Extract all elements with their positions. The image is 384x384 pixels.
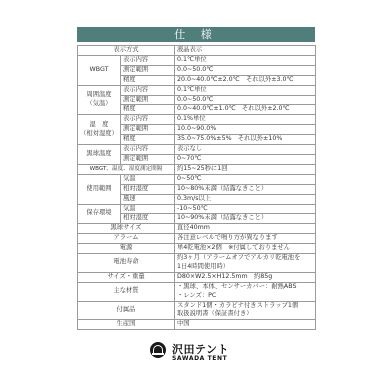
- sub-label: 気温: [121, 174, 175, 184]
- group-label-wbgt: WBGT: [78, 55, 121, 85]
- row-label: WBGT、温度、湿度測定間隔: [78, 164, 175, 174]
- table-row: 生産国 中国: [78, 320, 316, 330]
- row-label: 電源: [78, 244, 175, 254]
- row-value: 直径40mm: [175, 224, 316, 234]
- table-row: 保存環境 気温 -10~50℃: [78, 204, 316, 214]
- sub-label: 測定範囲: [121, 154, 175, 164]
- group-label-globe-temp: 黒球温度: [78, 145, 121, 165]
- row-value: 35.0~75.0%±5% それ以外±10%: [175, 135, 316, 145]
- row-label: アラーム: [78, 234, 175, 244]
- table-row: 電池寿命 約3ヶ月（アラームオフでアルカリ乾電池を 1日4時間使用時）: [78, 254, 316, 273]
- spec-title: 仕 様: [77, 27, 315, 42]
- table-row: 電源 単4乾電池×2個 ※付属しておりません: [78, 244, 316, 254]
- table-row: 付属品 スタンド1個・カラビナ付きストラップ1個 取扱説明書（保証書付き）: [78, 301, 316, 320]
- row-value: 各注意レベルで鳴り方が異なります: [175, 234, 316, 244]
- sub-label: 表示内容: [121, 55, 175, 65]
- row-label: 電池寿命: [78, 254, 175, 273]
- spec-table: 表示方式 液晶表示 WBGT 表示内容 0.1℃単位 測定範囲 0.0~50.0…: [77, 45, 316, 330]
- group-label-line: （気温）: [80, 100, 118, 109]
- brand-logo: 沢田テント SAWADA TENT: [150, 340, 260, 368]
- group-label-storage: 保存環境: [78, 204, 121, 224]
- row-value: 約15~25秒に1回: [175, 164, 316, 174]
- sub-label: 精度: [121, 135, 175, 145]
- value-line: ・黒球、本体、センサーカバー：耐熱ABS: [177, 283, 313, 292]
- row-label: 付属品: [78, 301, 175, 320]
- tent-logo-icon: [150, 342, 166, 358]
- row-value: 0.1℃単位: [175, 85, 316, 95]
- value-line: 1日4時間使用時）: [177, 263, 313, 272]
- row-value: 0.0~50.0℃: [175, 95, 316, 105]
- table-row: 湿 度 （相対湿度） 表示内容 0.1%単位: [78, 115, 316, 125]
- row-value: 中国: [175, 320, 316, 330]
- group-label-line: 周囲温度: [80, 91, 118, 100]
- row-value: 10.0~90.0%: [175, 125, 316, 135]
- value-line: 約3ヶ月（アラームオフでアルカリ乾電池を: [177, 254, 313, 263]
- row-value: 10~90%未満（結露なきこと）: [175, 214, 316, 224]
- row-value: 液晶表示: [175, 46, 316, 56]
- group-label-line: （相対湿度）: [80, 130, 118, 139]
- table-row: アラーム 各注意レベルで鳴り方が異なります: [78, 234, 316, 244]
- row-label: 表示方式: [78, 46, 175, 56]
- table-row: 使用範囲 気温 0~50℃: [78, 174, 316, 184]
- group-label-operating: 使用範囲: [78, 174, 121, 204]
- row-label: 黒球サイズ: [78, 224, 175, 234]
- sub-label: 精度: [121, 75, 175, 85]
- row-label: サイズ・重量: [78, 272, 175, 282]
- sub-label: 精度: [121, 105, 175, 115]
- value-line: 取扱説明書（保証書付き）: [177, 310, 313, 319]
- row-value: 0~50℃: [175, 174, 316, 184]
- row-label: 生産国: [78, 320, 175, 330]
- sub-label: 相対湿度: [121, 214, 175, 224]
- value-line: ・レンズ：PC: [177, 292, 313, 301]
- row-value: 0.3m/s以上: [175, 194, 316, 204]
- sub-label: 測定範囲: [121, 95, 175, 105]
- sub-label: 表示内容: [121, 115, 175, 125]
- row-value: D80×W2.5×H12.5mm 約85g: [175, 272, 316, 282]
- group-label-line: 湿 度: [80, 121, 118, 130]
- table-row: WBGT、温度、湿度測定間隔 約15~25秒に1回: [78, 164, 316, 174]
- table-row: 黒球温度 表示内容 表示なし: [78, 145, 316, 155]
- row-value: 表示なし: [175, 145, 316, 155]
- row-value: 0.0~50.0℃: [175, 65, 316, 75]
- table-row: WBGT 表示内容 0.1℃単位: [78, 55, 316, 65]
- table-row: 主な材質 ・黒球、本体、センサーカバー：耐熱ABS ・レンズ：PC: [78, 282, 316, 301]
- row-label: 主な材質: [78, 282, 175, 301]
- table-row: サイズ・重量 D80×W2.5×H12.5mm 約85g: [78, 272, 316, 282]
- row-value: スタンド1個・カラビナ付きストラップ1個 取扱説明書（保証書付き）: [175, 301, 316, 320]
- sub-label: 表示内容: [121, 85, 175, 95]
- row-value: 約3ヶ月（アラームオフでアルカリ乾電池を 1日4時間使用時）: [175, 254, 316, 273]
- table-row: 表示方式 液晶表示: [78, 46, 316, 56]
- row-value: ・黒球、本体、センサーカバー：耐熱ABS ・レンズ：PC: [175, 282, 316, 301]
- sub-label: 測定範囲: [121, 65, 175, 75]
- table-row: 周囲温度 （気温） 表示内容 0.1℃単位: [78, 85, 316, 95]
- row-value: 10~80%未満（結露なきこと）: [175, 184, 316, 194]
- group-label-ambient: 周囲温度 （気温）: [78, 85, 121, 115]
- row-value: 20.0~40.0℃±2.0℃ それ以外±3.0℃: [175, 75, 316, 85]
- sub-label: 風速: [121, 194, 175, 204]
- group-label-humidity: 湿 度 （相対湿度）: [78, 115, 121, 145]
- row-value: 0.1%単位: [175, 115, 316, 125]
- table-row: 黒球サイズ 直径40mm: [78, 224, 316, 234]
- row-value: -10~50℃: [175, 204, 316, 214]
- row-value: 単4乾電池×2個 ※付属しておりません: [175, 244, 316, 254]
- sub-label: 表示内容: [121, 145, 175, 155]
- row-value: 0.0~40.0℃±1.0℃ それ以外±2.0℃: [175, 105, 316, 115]
- sub-label: 測定範囲: [121, 125, 175, 135]
- brand-name-en: SAWADA TENT: [172, 355, 227, 362]
- sub-label: 気温: [121, 204, 175, 214]
- row-value: 0.1℃単位: [175, 55, 316, 65]
- sub-label: 相対湿度: [121, 184, 175, 194]
- row-value: 0~70℃: [175, 154, 316, 164]
